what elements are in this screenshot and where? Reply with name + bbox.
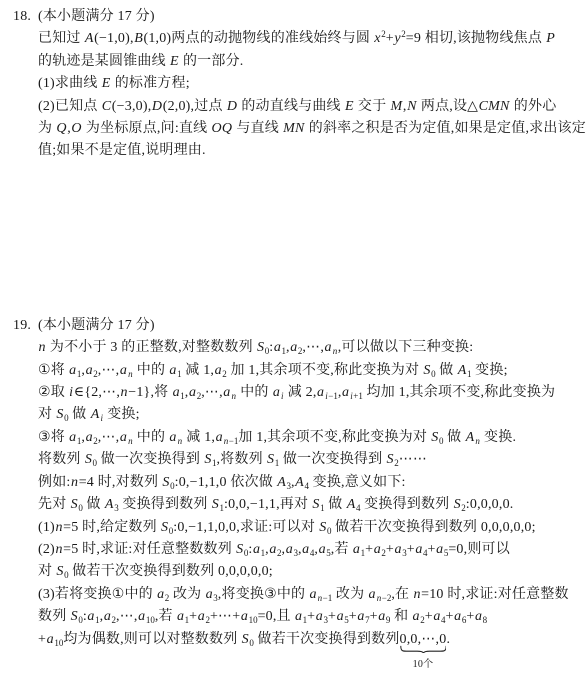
underbrace-group: 0,0,⋯,010个	[400, 629, 447, 651]
text-line: 对 S0 做 Ai 变换;	[38, 404, 586, 426]
question-number: 18.	[13, 6, 31, 28]
problem-18-header: 18. (本小题满分 17 分)	[38, 6, 586, 28]
exam-page: 18. (本小题满分 17 分) 已知过 A(−1,0),B(1,0)两点的动抛…	[0, 0, 586, 683]
text-line: n 为不小于 3 的正整数,对整数数列 S0:a1,a2,⋯,an,可以做以下三…	[38, 337, 586, 359]
line-text-pre: +a10均为偶数,则可以对整数数列 S0 做若干次变换得到数列	[38, 632, 400, 647]
text-line: (1)求曲线 E 的标准方程;	[38, 73, 586, 95]
question-points: (本小题满分 17 分)	[38, 9, 155, 24]
text-line: 将数列 S0 做一次变换得到 S1,将数列 S1 做一次变换得到 S2⋯⋯	[38, 449, 586, 471]
problem-18: 18. (本小题满分 17 分) 已知过 A(−1,0),B(1,0)两点的动抛…	[0, 6, 586, 163]
text-line: ①将 a1,a2,⋯,an 中的 a1 减 1,a2 加 1,其余项不变,称此变…	[38, 360, 586, 382]
text-line: ②取 i∈{2,⋯,n−1},将 a1,a2,⋯,an 中的 ai 减 2,ai…	[38, 382, 586, 404]
text-line: 的轨迹是某圆锥曲线 E 的一部分.	[38, 51, 586, 73]
text-line: ③将 a1,a2,⋯,an 中的 an 减 1,an−1加 1,其余项不变,称此…	[38, 427, 586, 449]
problem-19: 19. (本小题满分 17 分) n 为不小于 3 的正整数,对整数数列 S0:…	[0, 315, 586, 651]
text-line: 数列 S0:a1,a2,⋯,a10,若 a1+a2+⋯+a10=0,且 a1+a…	[38, 606, 586, 628]
text-line-with-underbrace: +a10均为偶数,则可以对整数数列 S0 做若干次变换得到数列0,0,⋯,010…	[38, 629, 586, 651]
text-line: 例如:n=4 时,对数列 S0:0,−1,1,0 依次做 A3,A4 变换,意义…	[38, 472, 586, 494]
underbrace-label: 10个	[413, 654, 434, 676]
text-line: 为 Q,O 为坐标原点,问:直线 OQ 与直线 MN 的斜率之积是否为定值,如果…	[38, 118, 586, 140]
text-line: 对 S0 做若干次变换得到数列 0,0,0,0,0;	[38, 561, 586, 583]
text-line: (3)若将变换①中的 a2 改为 a3,将变换③中的 an−1 改为 an−2,…	[38, 584, 586, 606]
text-line: (2)n=5 时,求证:对任意整数数列 S0:a1,a2,a3,a4,a5,若 …	[38, 539, 586, 561]
text-line: 已知过 A(−1,0),B(1,0)两点的动抛物线的准线始终与圆 x2+y2=9…	[38, 28, 586, 50]
text-line: (2)已知点 C(−3,0),D(2,0),过点 D 的动直线与曲线 E 交于 …	[38, 96, 586, 118]
text-line: 先对 S0 做 A3 变换得到数列 S1:0,0,−1,1,再对 S1 做 A4…	[38, 494, 586, 516]
question-number: 19.	[13, 315, 31, 337]
question-points: (本小题满分 17 分)	[38, 318, 155, 333]
underbrace-icon	[400, 645, 447, 653]
text-line: (1)n=5 时,给定数列 S0:0,−1,1,0,0,求证:可以对 S0 做若…	[38, 517, 586, 539]
line-text-post: .	[446, 632, 450, 647]
text-line: 值;如果不是定值,说明理由.	[38, 140, 586, 162]
problem-19-header: 19. (本小题满分 17 分)	[38, 315, 586, 337]
